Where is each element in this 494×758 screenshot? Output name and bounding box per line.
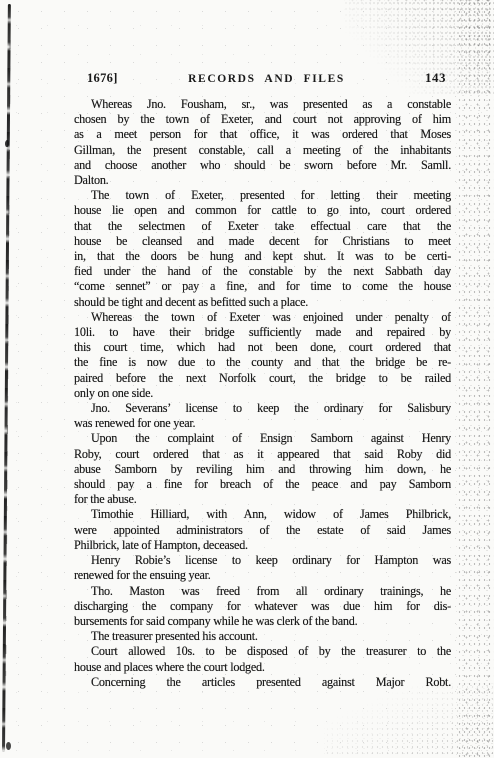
page-number: 143: [376, 70, 451, 86]
paragraph: Whereas the town of Exeter was enjoined …: [74, 310, 451, 401]
text-line: this court time, which had not been done…: [74, 340, 451, 355]
text-line: Philbrick, late of Hampton, deceased.: [74, 538, 451, 553]
text-line: Upon the complaint of Ensign Samborn aga…: [74, 431, 451, 446]
running-title: RECORDS AND FILES: [157, 73, 376, 85]
paragraph: Henry Robie’s license to keep ordinary f…: [74, 553, 451, 583]
ink-speck-bottom: [6, 742, 11, 750]
paragraph: The town of Exeter, presented for lettin…: [74, 188, 451, 310]
text-line: were appointed administrators of the est…: [74, 523, 451, 538]
text-line: bursements for said company while he was…: [74, 614, 451, 629]
paragraph: Tho. Maston was freed from all ordinary …: [74, 584, 451, 630]
text-line: that the selectmen of Exeter take effect…: [74, 219, 451, 234]
text-line: should pay a fine for breach of the peac…: [74, 477, 451, 492]
text-line: Timothie Hilliard, with Ann, widow of Ja…: [74, 507, 451, 522]
text-line: was renewed for one year.: [74, 416, 451, 431]
text-line: as a meet person for that office, it was…: [74, 127, 451, 142]
paragraph: Court allowed 10s. to be disposed of by …: [74, 644, 451, 674]
text-line: renewed for the ensuing year.: [74, 568, 451, 583]
scan-noise-right-edge: [456, 0, 494, 758]
page-content: 1676] RECORDS AND FILES 143 Whereas Jno.…: [74, 70, 451, 690]
text-line: abuse Samborn by reviling him and throwi…: [74, 462, 451, 477]
text-line: chosen by the town of Exeter, and court …: [74, 112, 451, 127]
text-line: Whereas the town of Exeter was enjoined …: [74, 310, 451, 325]
paragraph: Upon the complaint of Ensign Samborn aga…: [74, 431, 451, 507]
text-line: house be cleansed and made decent for Ch…: [74, 234, 451, 249]
paragraph: Timothie Hilliard, with Ann, widow of Ja…: [74, 507, 451, 553]
text-line: and choose another who should be sworn b…: [74, 158, 451, 173]
text-line: should be tight and decent as befitted s…: [74, 295, 451, 310]
text-line: 10li. to have their bridge sufficiently …: [74, 325, 451, 340]
scan-noise-bottom-right: [324, 683, 494, 758]
text-line: Jno. Severans’ license to keep the ordin…: [74, 401, 451, 416]
paragraph: Jno. Severans’ license to keep the ordin…: [74, 401, 451, 431]
text-line: discharging the company for whatever was…: [74, 599, 451, 614]
page-header: 1676] RECORDS AND FILES 143: [74, 70, 451, 86]
ink-speck: [5, 140, 9, 147]
text-line: The treasurer presented his account.: [74, 629, 451, 644]
text-line: Concerning the articles presented agains…: [74, 675, 451, 690]
page-body: Whereas Jno. Fousham, sr., was presented…: [74, 97, 451, 690]
text-line: only on one side.: [74, 386, 451, 401]
text-line: Roby, court ordered that as it appeared …: [74, 447, 451, 462]
text-line: house and places where the court lodged.: [74, 660, 451, 675]
year-label: 1676]: [74, 71, 157, 86]
scanned-book-page: 1676] RECORDS AND FILES 143 Whereas Jno.…: [0, 0, 494, 758]
text-line: Henry Robie’s license to keep ordinary f…: [74, 553, 451, 568]
text-line: Gillman, the present constable, call a m…: [74, 143, 451, 158]
text-line: in, that the doors be hung and kept shut…: [74, 249, 451, 264]
text-line: Whereas Jno. Fousham, sr., was presented…: [74, 97, 451, 112]
paragraph: Concerning the articles presented agains…: [74, 675, 451, 690]
paragraph: Whereas Jno. Fousham, sr., was presented…: [74, 97, 451, 188]
text-line: for the abuse.: [74, 492, 451, 507]
text-line: Tho. Maston was freed from all ordinary …: [74, 584, 451, 599]
paragraph: The treasurer presented his account.: [74, 629, 451, 644]
text-line: fied under the hand of the constable by …: [74, 264, 451, 279]
text-line: the fine is now due to the county and th…: [74, 355, 451, 370]
text-line: Court allowed 10s. to be disposed of by …: [74, 644, 451, 659]
text-line: Dalton.: [74, 173, 451, 188]
text-line: paired before the next Norfolk court, th…: [74, 371, 451, 386]
text-line: “come sennet” or pay a fine, and for tim…: [74, 279, 451, 294]
text-line: The town of Exeter, presented for lettin…: [74, 188, 451, 203]
text-line: house lie open and common for cattle to …: [74, 203, 451, 218]
